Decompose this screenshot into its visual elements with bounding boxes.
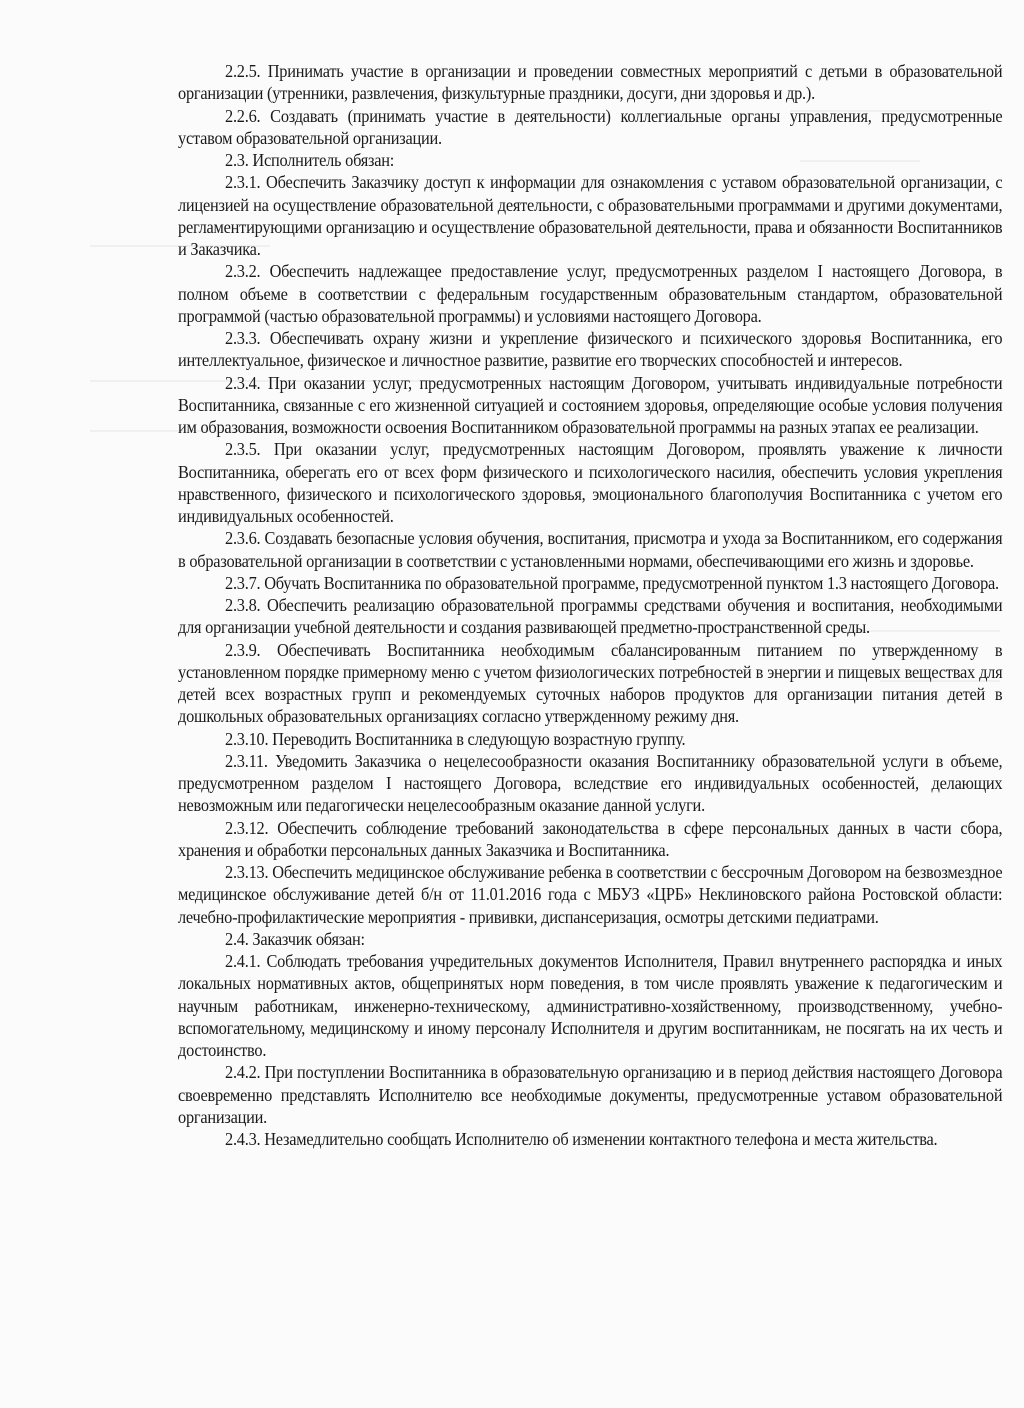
clause-2-3-3: 2.3.3. Обеспечивать охрану жизни и укреп… bbox=[178, 327, 1002, 372]
clause-2-3-10: 2.3.10. Переводить Воспитанника в следую… bbox=[178, 728, 1002, 750]
clause-2-3-13: 2.3.13. Обеспечить медицинское обслужива… bbox=[178, 861, 1002, 928]
clause-2-2-5: 2.2.5. Принимать участие в организации и… bbox=[178, 60, 1002, 105]
clause-2-2-6: 2.2.6. Создавать (принимать участие в де… bbox=[178, 105, 1002, 150]
clause-2-3-11: 2.3.11. Уведомить Заказчика о нецелесооб… bbox=[178, 750, 1002, 817]
clause-2-3-9: 2.3.9. Обеспечивать Воспитанника необход… bbox=[178, 639, 1002, 728]
clause-2-3-5: 2.3.5. При оказании услуг, предусмотренн… bbox=[178, 438, 1002, 527]
clause-2-4-1: 2.4.1. Соблюдать требования учредительны… bbox=[178, 950, 1002, 1061]
section-2-4-heading: 2.4. Заказчик обязан: bbox=[178, 928, 1002, 950]
clause-2-3-6: 2.3.6. Создавать безопасные условия обуч… bbox=[178, 527, 1002, 572]
section-2-3-heading: 2.3. Исполнитель обязан: bbox=[178, 149, 1002, 171]
clause-2-3-2: 2.3.2. Обеспечить надлежащее предоставле… bbox=[178, 260, 1002, 327]
clause-2-3-7: 2.3.7. Обучать Воспитанника по образоват… bbox=[178, 572, 1002, 594]
clause-2-4-3: 2.4.3. Незамедлительно сообщать Исполнит… bbox=[178, 1128, 1002, 1150]
clause-2-3-8: 2.3.8. Обеспечить реализацию образовател… bbox=[178, 594, 1002, 639]
document-page: 2.2.5. Принимать участие в организации и… bbox=[178, 60, 1002, 1150]
clause-2-4-2: 2.4.2. При поступлении Воспитанника в об… bbox=[178, 1061, 1002, 1128]
clause-2-3-1: 2.3.1. Обеспечить Заказчику доступ к инф… bbox=[178, 171, 1002, 260]
clause-2-3-4: 2.3.4. При оказании услуг, предусмотренн… bbox=[178, 372, 1002, 439]
clause-2-3-12: 2.3.12. Обеспечить соблюдение требований… bbox=[178, 817, 1002, 862]
